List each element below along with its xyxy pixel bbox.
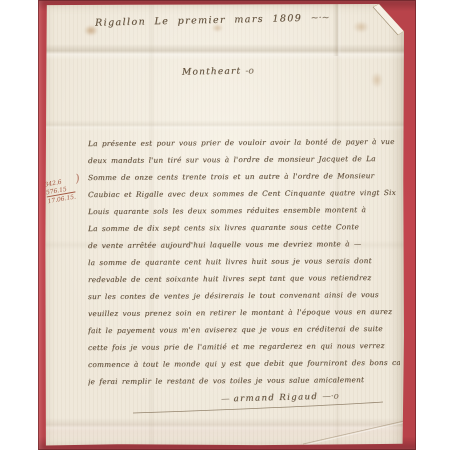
bottom-diagonal-crease	[303, 421, 404, 444]
signature-flourish-right: —·o	[322, 391, 339, 401]
fold-crease-horizontal-upper	[45, 120, 404, 131]
dateline-handwriting: Rigallon Le premier mars 1809 ~·~	[95, 12, 330, 28]
letter-photo-page: Rigallon Le premier mars 1809 ~·~ Monthe…	[0, 0, 450, 450]
corner-fold-crease	[373, 7, 398, 35]
body-line: commence à tout le monde qui y est que d…	[88, 358, 400, 369]
body-line: veuillez vous prenez soin en retirer le …	[88, 307, 400, 318]
body-line: je ferai remplir le restant de vos toile…	[88, 375, 400, 386]
body-line: cette fois je vous prie de l'amitié et m…	[88, 341, 400, 352]
red-backdrop: Rigallon Le premier mars 1809 ~·~ Monthe…	[38, 0, 416, 450]
body-line: sur les contes de ventes je désirerais l…	[88, 290, 400, 301]
body-line: Louis quarante sols les deux sommes rédu…	[88, 205, 400, 216]
corner-fold-flap	[373, 4, 404, 35]
paper-bottom-tint	[45, 418, 404, 444]
ink-stain-right	[353, 21, 369, 33]
signature-text: armand Rigaud	[233, 392, 318, 404]
body-line: La somme de dix sept cents six livres qu…	[88, 222, 400, 233]
margin-note-brace: )	[75, 174, 81, 182]
body-line: de vente arrêtée aujourd'hui laquelle vo…	[88, 239, 400, 250]
signature-rule-line	[133, 402, 383, 413]
addressee-text: Montheart	[182, 67, 241, 78]
signature-flourish-left: —	[221, 394, 230, 404]
addressee-flourish: -o	[245, 66, 254, 76]
letter-paper: Rigallon Le premier mars 1809 ~·~ Monthe…	[45, 4, 404, 446]
body-line: deux mandats l'un tiré sur vous à l'ordr…	[88, 154, 400, 165]
bottom-diagonal-crease-highlight	[303, 423, 404, 446]
body-line: fait le payement vous m'en aviserez que …	[88, 324, 400, 335]
addressee-handwriting: Montheart -o	[182, 66, 254, 77]
body-line: La présente est pour vous prier de voulo…	[88, 137, 400, 148]
body-line: Caubiac et Rigalle avec deux sommes de C…	[88, 188, 400, 199]
dateline-text: Rigallon Le premier mars 1809	[95, 13, 302, 29]
margin-accounting-note: ) 342.6 576.15 17.06.15.	[44, 177, 76, 206]
signature-handwriting: — armand Rigaud —·o	[221, 391, 339, 404]
body-line: redevable de cent soixante huit livres s…	[88, 273, 400, 284]
fold-crease-horizontal-bottom	[45, 418, 404, 433]
body-line: la somme de quarante cent huit livres hu…	[88, 256, 400, 267]
body-line: Somme de onze cents trente trois et un a…	[88, 171, 400, 182]
fold-crease-horizontal-top	[45, 44, 404, 60]
fold-crease-vertical-right	[333, 4, 342, 56]
dateline-flourish: ~·~	[310, 12, 329, 23]
ink-stain-corner	[371, 72, 383, 88]
